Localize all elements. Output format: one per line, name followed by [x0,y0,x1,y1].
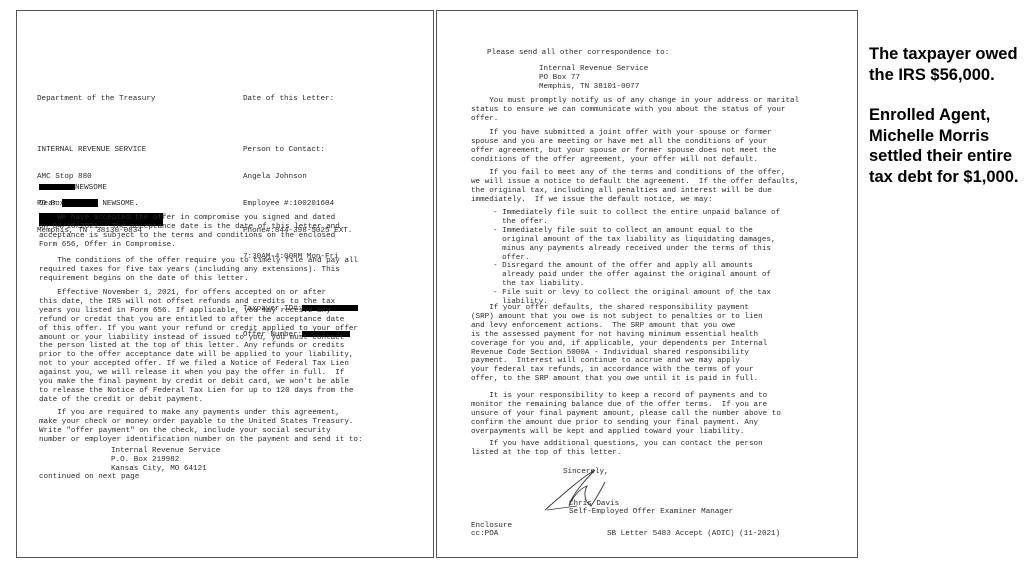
sender-address-line: INTERNAL REVENUE SERVICE [37,146,155,155]
paragraph-address-change: You must promptly notify us of any chang… [471,97,799,124]
caption-settlement: Enrolled Agent, Michelle Morris settled … [869,105,1019,187]
paragraph-record-keeping: It is your responsibility to keep a reco… [471,392,781,437]
continued-note: continued on next page [39,473,139,482]
default-actions-list: - Immediately file suit to collect the e… [493,209,780,307]
cc-note: cc:POA [471,530,498,539]
redaction-bar [39,184,75,190]
letter-page-2: Please send all other correspondence to:… [436,10,858,558]
list-item: - Disregard the amount of the offer and … [493,262,780,271]
department: Department of the Treasury [37,95,155,104]
recipient-surname: NEWSOME [75,184,107,192]
paragraph-payments: If you are required to make any payments… [39,409,363,445]
paragraph-joint-offer: If you have submitted a joint offer with… [471,129,776,165]
employee-number: Employee #:100201604 [243,200,358,209]
paragraph-acceptance: We have accepted the offer in compromise… [39,214,340,250]
date-label: Date of this Letter: [243,95,358,104]
letter-page-1: Department of the Treasury INTERNAL REVE… [16,10,434,558]
caption: The taxpayer owed the IRS $56,000. Enrol… [869,44,1019,207]
list-item: - Immediately file suit to collect the e… [493,209,780,218]
contact-name: Angela Johnson [243,173,358,182]
signer-title: Self-Employed Offer Examiner Manager [569,508,733,517]
paragraph-default: If you fail to meet any of the terms and… [471,169,799,205]
paragraph-srp: If your offer defaults, the shared respo… [471,304,767,384]
list-item: - Immediately file suit to collect an am… [493,227,780,236]
caption-amount-owed: The taxpayer owed the IRS $56,000. [869,44,1019,85]
correspondence-address: Internal Revenue Service PO Box 77 Memph… [539,65,648,92]
payment-address: Internal Revenue Service P.O. Box 219982… [111,447,220,474]
contact-label: Person to Contact: [243,146,358,155]
redaction-bar [62,199,98,207]
paragraph-conditions: The conditions of the offer require you … [39,257,358,284]
paragraph-refund-offset: Effective November 1, 2021, for offers a… [39,289,358,405]
salutation: Dear NEWSOME. [39,199,139,209]
paragraph-questions: If you have additional questions, you ca… [471,440,763,458]
correspondence-intro: Please send all other correspondence to: [487,49,669,58]
form-identifier: SB Letter 5483 Accept (AOIC) (11-2021) [607,530,780,539]
list-item: - File suit or levy to collect the origi… [493,289,780,298]
